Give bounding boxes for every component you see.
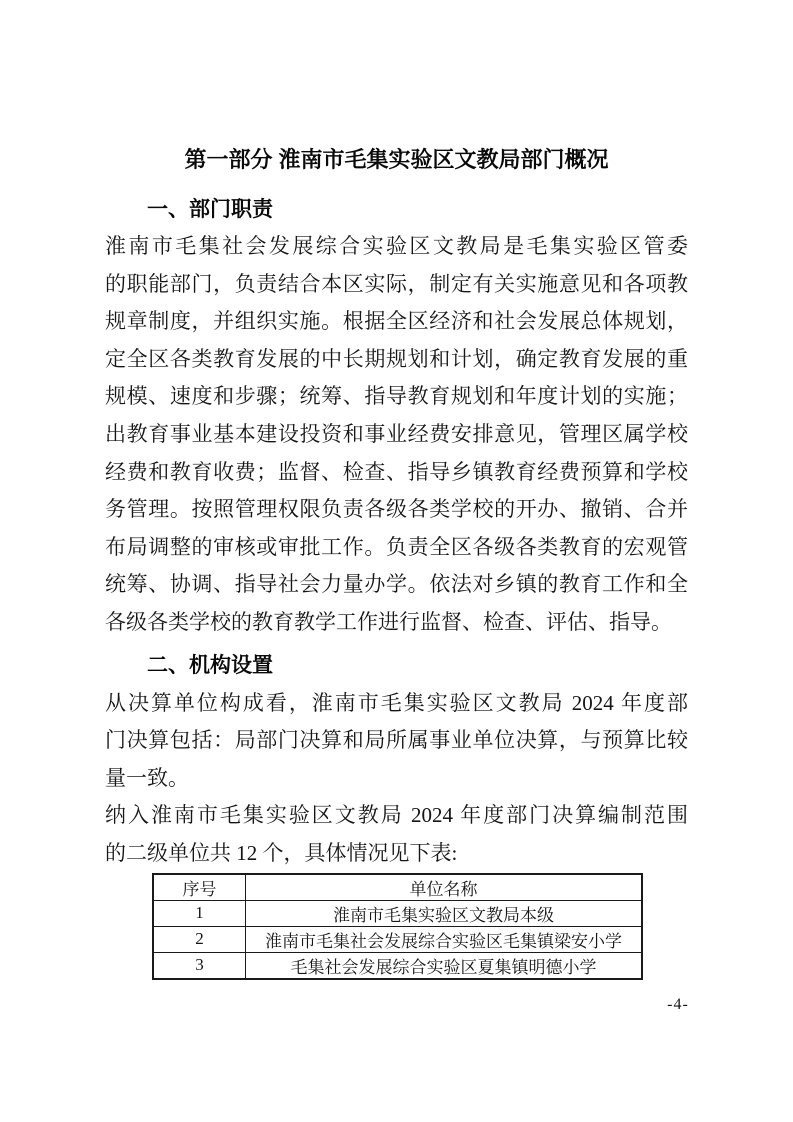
section-2-paragraph-2: 纳入淮南市毛集实验区文教局 2024 年度部门决算编制范围 的二级单位共 12 …: [105, 797, 688, 872]
text-line: 务管理。按照管理权限负责各级各类学校的开办、撤销、合并和: [105, 491, 688, 529]
text-line: 量一致。: [105, 760, 688, 798]
table-row: 2 淮南市毛集社会发展综合实验区毛集镇梁安小学: [153, 926, 642, 952]
text-line: 统筹、协调、指导社会力量办学。依法对乡镇的教育工作和全区: [105, 566, 688, 604]
table-row: 1 淮南市毛集实验区文教局本级: [153, 900, 642, 926]
text-line: 各级各类学校的教育教学工作进行监督、检查、评估、指导。: [105, 604, 688, 642]
text-line: 布局调整的审核或审批工作。负责全区各级各类教育的宏观管理，: [105, 529, 688, 567]
document-title: 第一部分 淮南市毛集实验区文教局部门概况: [105, 142, 688, 178]
text-line: 从决算单位构成看，淮南市毛集实验区文教局 2024 年度部: [105, 685, 688, 723]
unit-index-cell: 3: [153, 952, 246, 979]
text-line: 门决算包括：局部门决算和局所属事业单位决算，与预算比较数: [105, 722, 688, 760]
section-1-heading: 一、部门职责: [105, 192, 688, 228]
text-line: 规模、速度和步骤；统筹、指导教育规划和年度计划的实施；提: [105, 378, 688, 416]
unit-name-cell: 淮南市毛集实验区文教局本级: [246, 900, 643, 926]
table-row: 3 毛集社会发展综合实验区夏集镇明德小学: [153, 952, 642, 979]
table-header-row: 序号 单位名称: [153, 874, 642, 901]
unit-index-cell: 1: [153, 900, 246, 926]
table-header-unit-name: 单位名称: [246, 874, 643, 901]
unit-name-cell: 淮南市毛集社会发展综合实验区毛集镇梁安小学: [246, 926, 643, 952]
document-page: 第一部分 淮南市毛集实验区文教局部门概况 一、部门职责 淮南市毛集社会发展综合实…: [0, 0, 793, 1122]
section-2-heading: 二、机构设置: [105, 647, 688, 685]
text-line: 的二级单位共 12 个，具体情况见下表:: [105, 835, 688, 873]
text-line: 纳入淮南市毛集实验区文教局 2024 年度部门决算编制范围: [105, 797, 688, 835]
document-content: 第一部分 淮南市毛集实验区文教局部门概况 一、部门职责 淮南市毛集社会发展综合实…: [105, 142, 688, 980]
text-line: 经费和教育收费；监督、检查、指导乡镇教育经费预算和学校财: [105, 454, 688, 492]
page-number: -4-: [643, 996, 713, 1014]
text-line: 出教育事业基本建设投资和事业经费安排意见，管理区属学校的: [105, 416, 688, 454]
text-line: 的职能部门，负责结合本区实际，制定有关实施意见和各项教育: [105, 266, 688, 304]
text-line: 定全区各类教育发展的中长期规划和计划，确定教育发展的重点、: [105, 341, 688, 379]
unit-name-cell: 毛集社会发展综合实验区夏集镇明德小学: [246, 952, 643, 979]
unit-list-table: 序号 单位名称 1 淮南市毛集实验区文教局本级 2 淮南市毛集社会发展综合实验区…: [152, 873, 643, 980]
section-1-paragraph-1: 淮南市毛集社会发展综合实验区文教局是毛集实验区管委 的职能部门，负责结合本区实际…: [105, 228, 688, 642]
section-2-paragraph-1: 从决算单位构成看，淮南市毛集实验区文教局 2024 年度部 门决算包括：局部门决…: [105, 685, 688, 798]
text-line: 淮南市毛集社会发展综合实验区文教局是毛集实验区管委: [105, 228, 688, 266]
table-header-index: 序号: [153, 874, 246, 901]
text-line: 规章制度，并组织实施。根据全区经济和社会发展总体规划，制: [105, 303, 688, 341]
table-body: 1 淮南市毛集实验区文教局本级 2 淮南市毛集社会发展综合实验区毛集镇梁安小学 …: [153, 900, 642, 979]
unit-index-cell: 2: [153, 926, 246, 952]
